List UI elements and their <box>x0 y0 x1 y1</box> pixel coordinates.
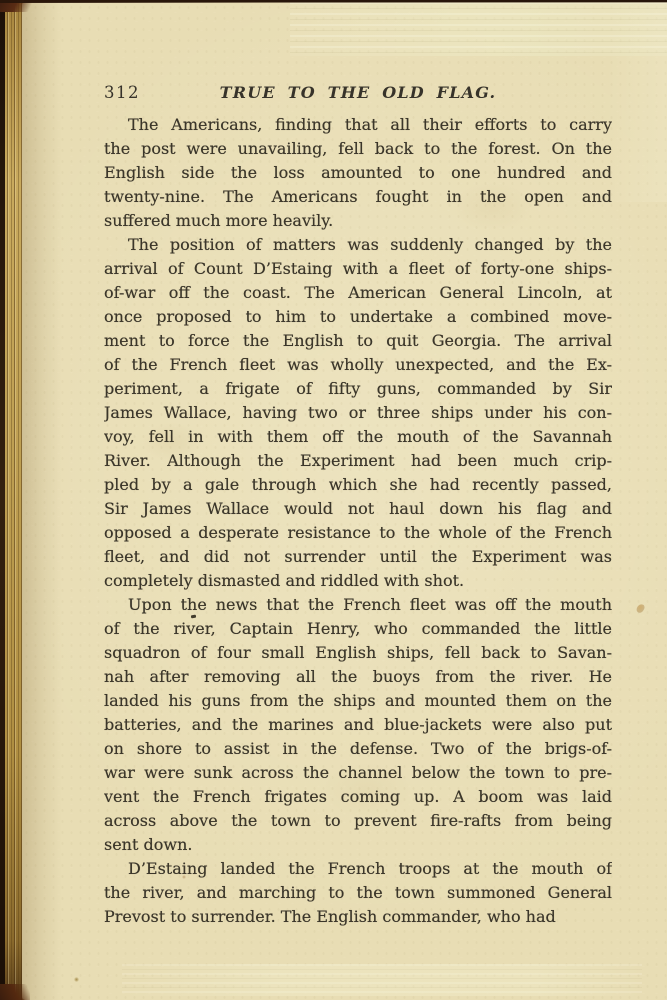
running-title: TRUE TO THE OLD FLAG. <box>104 82 612 104</box>
text-line: of-war off the coast. The American Gener… <box>104 281 612 305</box>
text-line: war were sunk across the channel below t… <box>104 761 612 785</box>
text-line: English side the loss amounted to one hu… <box>104 161 612 185</box>
text-line: twenty-nine. The Americans fought in the… <box>104 185 612 209</box>
text-line: Upon the news that the French fleet was … <box>104 593 612 617</box>
text-line: landed his guns from the ships and mount… <box>104 689 612 713</box>
cover-corner-bottom-left <box>0 984 30 1000</box>
photo-top-edge <box>0 0 667 3</box>
text-line: River. Although the Experiment had been … <box>104 449 612 473</box>
text-line: Sir James Wallace would not haul down hi… <box>104 497 612 521</box>
text-line: James Wallace, having two or three ships… <box>104 401 612 425</box>
text-line: arrival of Count D’Estaing with a fleet … <box>104 257 612 281</box>
text-line: pled by a gale through which she had rec… <box>104 473 612 497</box>
text-line: fleet, and did not surrender until the E… <box>104 545 612 569</box>
book-cover-edge <box>0 0 5 1000</box>
page-stack-sheen-bottom <box>122 964 642 996</box>
text-line: Prevost to surrender. The English comman… <box>104 905 612 929</box>
text-line: the river, and marching to the town summ… <box>104 881 612 905</box>
paragraph: The Americans, finding that all their ef… <box>104 113 612 233</box>
text-line: of the French fleet was wholly unexpecte… <box>104 353 612 377</box>
text-line: The position of matters was suddenly cha… <box>104 233 612 257</box>
text-line: D’Estaing landed the French troops at th… <box>104 857 612 881</box>
text-line: across above the town to prevent fire-ra… <box>104 809 612 833</box>
text-line: of the river, Captain Henry, who command… <box>104 617 612 641</box>
text-line: the post were unavailing, fell back to t… <box>104 137 612 161</box>
paragraph: D’Estaing landed the French troops at th… <box>104 857 612 929</box>
body-text: The Americans, finding that all their ef… <box>104 113 612 929</box>
paragraph: Upon the news that the French fleet was … <box>104 593 612 857</box>
gutter-shadow <box>22 2 62 1000</box>
text-line: vent the French frigates coming up. A bo… <box>104 785 612 809</box>
text-line: once proposed to him to undertake a comb… <box>104 305 612 329</box>
text-line: batteries, and the marines and blue-jack… <box>104 713 612 737</box>
text-line: suffered much more heavily. <box>104 209 612 233</box>
text-line: on shore to assist in the defense. Two o… <box>104 737 612 761</box>
book-scan-photo: 312 TRUE TO THE OLD FLAG. The Americans,… <box>0 0 667 1000</box>
text-line: The Americans, finding that all their ef… <box>104 113 612 137</box>
text-line: squadron of four small English ships, fe… <box>104 641 612 665</box>
text-line: periment, a frigate of fifty guns, comma… <box>104 377 612 401</box>
text-line: completely dismasted and riddled with sh… <box>104 569 612 593</box>
text-line: nah after removing all the buoys from th… <box>104 665 612 689</box>
text-line: sent down. <box>104 833 612 857</box>
page-edge-highlight <box>607 2 667 202</box>
page-header: 312 TRUE TO THE OLD FLAG. <box>104 82 612 104</box>
paragraph: The position of matters was suddenly cha… <box>104 233 612 593</box>
text-line: ment to force the English to quit Georgi… <box>104 329 612 353</box>
text-line: voy, fell in with them off the mouth of … <box>104 425 612 449</box>
text-line: opposed a desperate resistance to the wh… <box>104 521 612 545</box>
